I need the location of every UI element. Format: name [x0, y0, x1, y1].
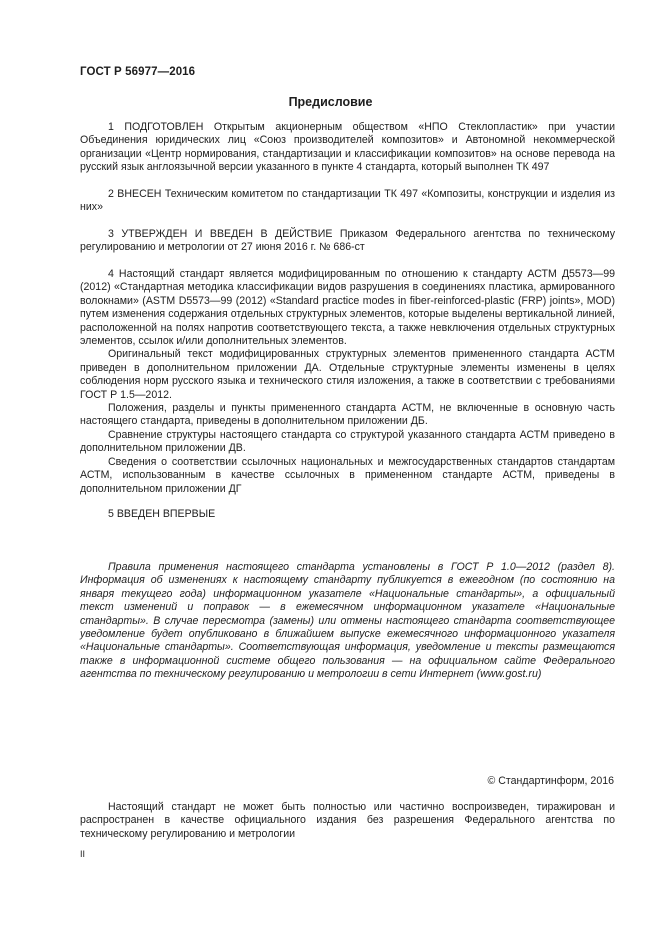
section-4-paragraph: Сведения о соответствии ссылочных национ…	[80, 456, 615, 496]
reproduction-notice: Настоящий стандарт не может быть полност…	[80, 801, 615, 841]
section-5-text: 5 ВВЕДЕН ВПЕРВЫЕ	[80, 508, 615, 521]
section-4-paragraph: 4 Настоящий стандарт является модифициро…	[80, 268, 615, 348]
section-4: 4 Настоящий стандарт является модифициро…	[80, 268, 615, 496]
section-1-text: 1 ПОДГОТОВЛЕН Открытым акционерным общес…	[80, 121, 615, 175]
section-2: 2 ВНЕСЕН Техническим комитетом по станда…	[80, 188, 615, 215]
usage-notice: Правила применения настоящего стандарта …	[80, 561, 615, 682]
section-4-paragraph: Положения, разделы и пункты примененного…	[80, 402, 615, 429]
section-3-text: 3 УТВЕРЖДЕН И ВВЕДЕН В ДЕЙСТВИЕ Приказом…	[80, 228, 615, 255]
usage-notice-text: Правила применения настоящего стандарта …	[80, 561, 615, 682]
section-4-paragraph: Сравнение структуры настоящего стандарта…	[80, 429, 615, 456]
section-2-text: 2 ВНЕСЕН Техническим комитетом по станда…	[80, 188, 615, 215]
copyright: © Стандартинформ, 2016	[488, 775, 614, 787]
section-4-paragraph: Оригинальный текст модифицированных стру…	[80, 348, 615, 402]
reproduction-notice-text: Настоящий стандарт не может быть полност…	[80, 801, 615, 841]
section-3: 3 УТВЕРЖДЕН И ВВЕДЕН В ДЕЙСТВИЕ Приказом…	[80, 228, 615, 255]
page-number: II	[80, 849, 85, 859]
section-1: 1 ПОДГОТОВЛЕН Открытым акционерным общес…	[80, 121, 615, 175]
document-page: ГОСТ Р 56977—2016 Предисловие 1 ПОДГОТОВ…	[0, 0, 661, 936]
section-5: 5 ВВЕДЕН ВПЕРВЫЕ	[80, 508, 615, 521]
document-code: ГОСТ Р 56977—2016	[80, 66, 195, 78]
page-title: Предисловие	[0, 95, 661, 109]
